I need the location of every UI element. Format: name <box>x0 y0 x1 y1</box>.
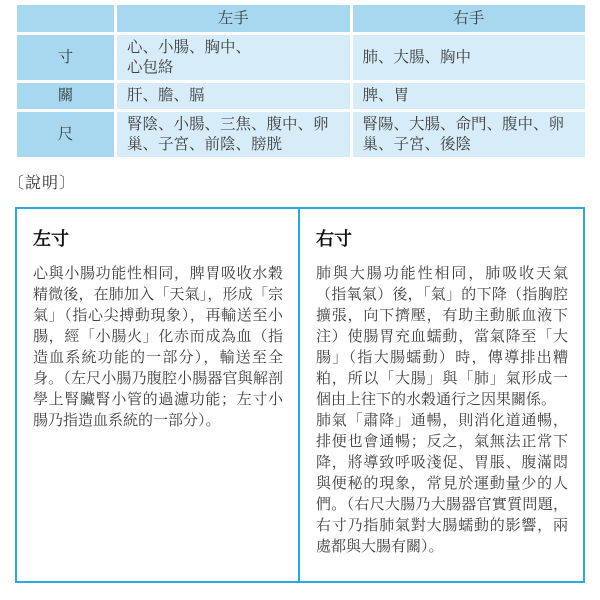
cell-cun-right: 肺、大腸、胸中 <box>353 35 586 80</box>
panel-left-cun-title: 左寸 <box>33 225 283 251</box>
row-label-chi: 尺 <box>17 112 114 157</box>
cell-chi-right: 腎陽、大腸、命門、腹中、卵巢、子宮、後陰 <box>353 112 586 157</box>
panel-right-cun-title: 右寸 <box>316 225 568 251</box>
cell-cun-left: 心、小腸、胸中、 心包絡 <box>117 35 350 80</box>
note-label: 〔說明〕 <box>8 170 76 193</box>
table-header-right-hand: 右手 <box>353 5 586 32</box>
panel-right-cun-paragraph-1: 肺與大腸功能性相同，肺吸收天氣（指氧氣）後，「氣」的下降（指胸腔擴張，向下擠壓，… <box>316 263 568 410</box>
row-label-guan: 關 <box>17 83 114 109</box>
table-corner-cell <box>17 5 114 32</box>
cell-guan-left: 肝、膽、膈 <box>117 83 350 109</box>
document-page: 左手 右手 寸 心、小腸、胸中、 心包絡 肺、大腸、胸中 關 肝、膽、膈 脾、胃… <box>0 0 600 600</box>
explanation-panels: 左寸 心與小腸功能性相同，脾胃吸收水穀精微後，在肺加入「天氣」，形成「宗氣」（指… <box>15 207 585 583</box>
row-label-cun: 寸 <box>17 35 114 80</box>
cell-guan-right: 脾、胃 <box>353 83 586 109</box>
panel-right-cun: 右寸 肺與大腸功能性相同，肺吸收天氣（指氧氣）後，「氣」的下降（指胸腔擴張，向下… <box>300 209 583 581</box>
panel-left-cun-paragraph: 心與小腸功能性相同，脾胃吸收水穀精微後，在肺加入「天氣」，形成「宗氣」（指心尖搏… <box>33 263 283 431</box>
pulse-position-table: 左手 右手 寸 心、小腸、胸中、 心包絡 肺、大腸、胸中 關 肝、膽、膈 脾、胃… <box>17 5 585 157</box>
panel-left-cun: 左寸 心與小腸功能性相同，脾胃吸收水穀精微後，在肺加入「天氣」，形成「宗氣」（指… <box>17 209 300 581</box>
table-header-left-hand: 左手 <box>117 5 350 32</box>
panel-right-cun-paragraph-2: 肺氣「肅降」通暢，則消化道通暢，排便也會通暢；反之，氣無法正常下降，將導致呼吸淺… <box>316 410 568 557</box>
cell-chi-left: 腎陰、小腸、三焦、腹中、卵巢、子宮、前陰、膀胱 <box>117 112 350 157</box>
